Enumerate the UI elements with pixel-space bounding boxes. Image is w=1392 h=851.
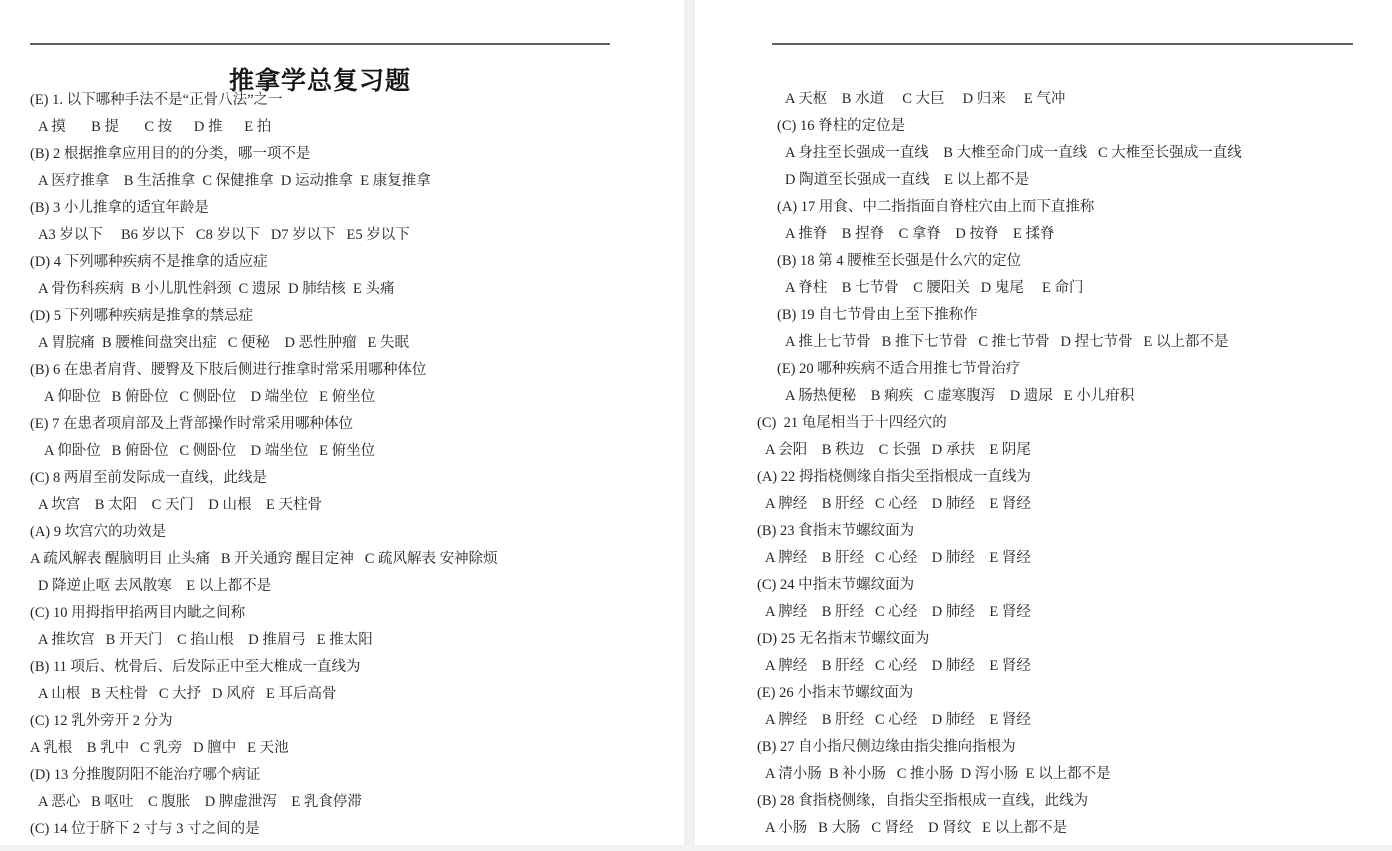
header-rule <box>30 43 610 45</box>
text-line: A 仰卧位 B 俯卧位 C 侧卧位 D 端坐位 E 俯坐位 <box>30 438 675 465</box>
page-gap-divider <box>684 0 695 845</box>
text-line: (B) 23 食指末节螺纹面为 <box>757 518 1387 545</box>
text-line: (D) 25 无名指末节螺纹面为 <box>757 626 1387 653</box>
text-line: A 小肠 B 大肠 C 肾经 D 肾纹 E 以上都不是 <box>757 815 1387 842</box>
text-line: (C) 16 脊柱的定位是 <box>757 113 1387 140</box>
text-line: (E) 26 小指末节螺纹面为 <box>757 680 1387 707</box>
text-line: D 陶道至长强成一直线 E 以上都不是 <box>757 167 1387 194</box>
text-line: (C) 10 用拇指甲掐两目内眦之间称 <box>30 600 675 627</box>
text-line: A 推脊 B 捏脊 C 拿脊 D 按脊 E 揉脊 <box>757 221 1387 248</box>
text-line: (E) 1. 以下哪种手法不是“正骨八法”之一 <box>30 87 675 114</box>
text-line: (D) 13 分推腹阴阳不能治疗哪个病证 <box>30 762 675 789</box>
text-line: A 疏风解表 醒脑明目 止头痛 B 开关通窍 醒目定神 C 疏风解表 安神除烦 <box>30 546 675 573</box>
text-line: D 降逆止呕 去风散寒 E 以上都不是 <box>30 573 675 600</box>
text-line: A 天枢 B 水道 C 大巨 D 归来 E 气冲 <box>757 86 1387 113</box>
text-line: A 摸 B 提 C 按 D 推 E 拍 <box>30 114 675 141</box>
page-left: 推拿学总复习题 (E) 1. 以下哪种手法不是“正骨八法”之一A 摸 B 提 C… <box>0 0 684 845</box>
text-line: A 胃脘痛 B 腰椎间盘突出症 C 便秘 D 恶性肿瘤 E 失眠 <box>30 330 675 357</box>
text-line: (B) 6 在患者肩背、腰臀及下肢后侧进行推拿时常采用哪种体位 <box>30 357 675 384</box>
text-line: A 医疗推拿 B 生活推拿 C 保健推拿 D 运动推拿 E 康复推拿 <box>30 168 675 195</box>
text-line: (B) 11 项后、枕骨后、后发际正中至大椎成一直线为 <box>30 654 675 681</box>
text-line: A 推坎宫 B 开天门 C 掐山根 D 推眉弓 E 推太阳 <box>30 627 675 654</box>
text-line: A 脾经 B 肝经 C 心经 D 肺经 E 肾经 <box>757 545 1387 572</box>
text-line: (D) 5 下列哪种疾病是推拿的禁忌症 <box>30 303 675 330</box>
text-line: (B) 19 自七节骨由上至下推称作 <box>757 302 1387 329</box>
text-line: (A) 22 拇指桡侧缘自指尖至指根成一直线为 <box>757 464 1387 491</box>
text-line: (B) 28 食指桡侧缘，自指尖至指根成一直线，此线为 <box>757 788 1387 815</box>
text-line: A 清小肠 B 补小肠 C 推小肠 D 泻小肠 E 以上都不是 <box>757 761 1387 788</box>
text-line: (E) 7 在患者项肩部及上背部操作时常采用哪种体位 <box>30 411 675 438</box>
text-line: A3 岁以下 B6 岁以下 C8 岁以下 D7 岁以下 E5 岁以下 <box>30 222 675 249</box>
text-line: (C) 21 龟尾相当于十四经穴的 <box>757 410 1387 437</box>
text-line: (B) 3 小儿推拿的适宜年龄是 <box>30 195 675 222</box>
text-line: A 脾经 B 肝经 C 心经 D 肺经 E 肾经 <box>757 491 1387 518</box>
text-line: A 肠热便秘 B 痢疾 C 虚寒腹泻 D 遗尿 E 小儿疳积 <box>757 383 1387 410</box>
text-line: (C) 8 两眉至前发际成一直线，此线是 <box>30 465 675 492</box>
text-line: (A) 9 坎宫穴的功效是 <box>30 519 675 546</box>
page-right: A 天枢 B 水道 C 大巨 D 归来 E 气冲(C) 16 脊柱的定位是A 身… <box>695 0 1392 845</box>
text-line: (C) 14 位于脐下 2 寸与 3 寸之间的是 <box>30 816 675 843</box>
text-line: A 脾经 B 肝经 C 心经 D 肺经 E 肾经 <box>757 599 1387 626</box>
text-line: A 乳根 B 乳中 C 乳旁 D 膻中 E 天池 <box>30 735 675 762</box>
page-content: A 天枢 B 水道 C 大巨 D 归来 E 气冲(C) 16 脊柱的定位是A 身… <box>757 86 1387 842</box>
text-line: A 仰卧位 B 俯卧位 C 侧卧位 D 端坐位 E 俯坐位 <box>30 384 675 411</box>
text-line: A 坎宫 B 太阳 C 天门 D 山根 E 天柱骨 <box>30 492 675 519</box>
text-line: A 骨伤科疾病 B 小儿肌性斜颈 C 遗尿 D 肺结核 E 头痛 <box>30 276 675 303</box>
document-viewer: 推拿学总复习题 (E) 1. 以下哪种手法不是“正骨八法”之一A 摸 B 提 C… <box>0 0 1392 851</box>
text-line: (B) 2 根据推拿应用目的的分类，哪一项不是 <box>30 141 675 168</box>
header-rule <box>772 43 1353 45</box>
text-line: (C) 24 中指末节螺纹面为 <box>757 572 1387 599</box>
page-content: (E) 1. 以下哪种手法不是“正骨八法”之一A 摸 B 提 C 按 D 推 E… <box>30 87 675 843</box>
text-line: A 脾经 B 肝经 C 心经 D 肺经 E 肾经 <box>757 707 1387 734</box>
text-line: A 会阳 B 秩边 C 长强 D 承扶 E 阴尾 <box>757 437 1387 464</box>
text-line: A 身拄至长强成一直线 B 大椎至命门成一直线 C 大椎至长强成一直线 <box>757 140 1387 167</box>
text-line: A 推上七节骨 B 推下七节骨 C 推七节骨 D 捏七节骨 E 以上都不是 <box>757 329 1387 356</box>
text-line: (B) 18 第 4 腰椎至长强是什么穴的定位 <box>757 248 1387 275</box>
bottom-page-edge <box>0 845 1392 851</box>
text-line: A 山根 B 天柱骨 C 大抒 D 风府 E 耳后高骨 <box>30 681 675 708</box>
text-line: A 脾经 B 肝经 C 心经 D 肺经 E 肾经 <box>757 653 1387 680</box>
text-line: A 恶心 B 呕吐 C 腹胀 D 脾虚泄泻 E 乳食停滞 <box>30 789 675 816</box>
text-line: A 脊柱 B 七节骨 C 腰阳关 D 鬼尾 E 命门 <box>757 275 1387 302</box>
text-line: (E) 20 哪种疾病不适合用推七节骨治疗 <box>757 356 1387 383</box>
text-line: (A) 17 用食、中二指指面自脊柱穴由上而下直推称 <box>757 194 1387 221</box>
text-line: (C) 12 乳外旁开 2 分为 <box>30 708 675 735</box>
text-line: (D) 4 下列哪种疾病不是推拿的适应症 <box>30 249 675 276</box>
text-line: (B) 27 自小指尺侧边缘由指尖推向指根为 <box>757 734 1387 761</box>
